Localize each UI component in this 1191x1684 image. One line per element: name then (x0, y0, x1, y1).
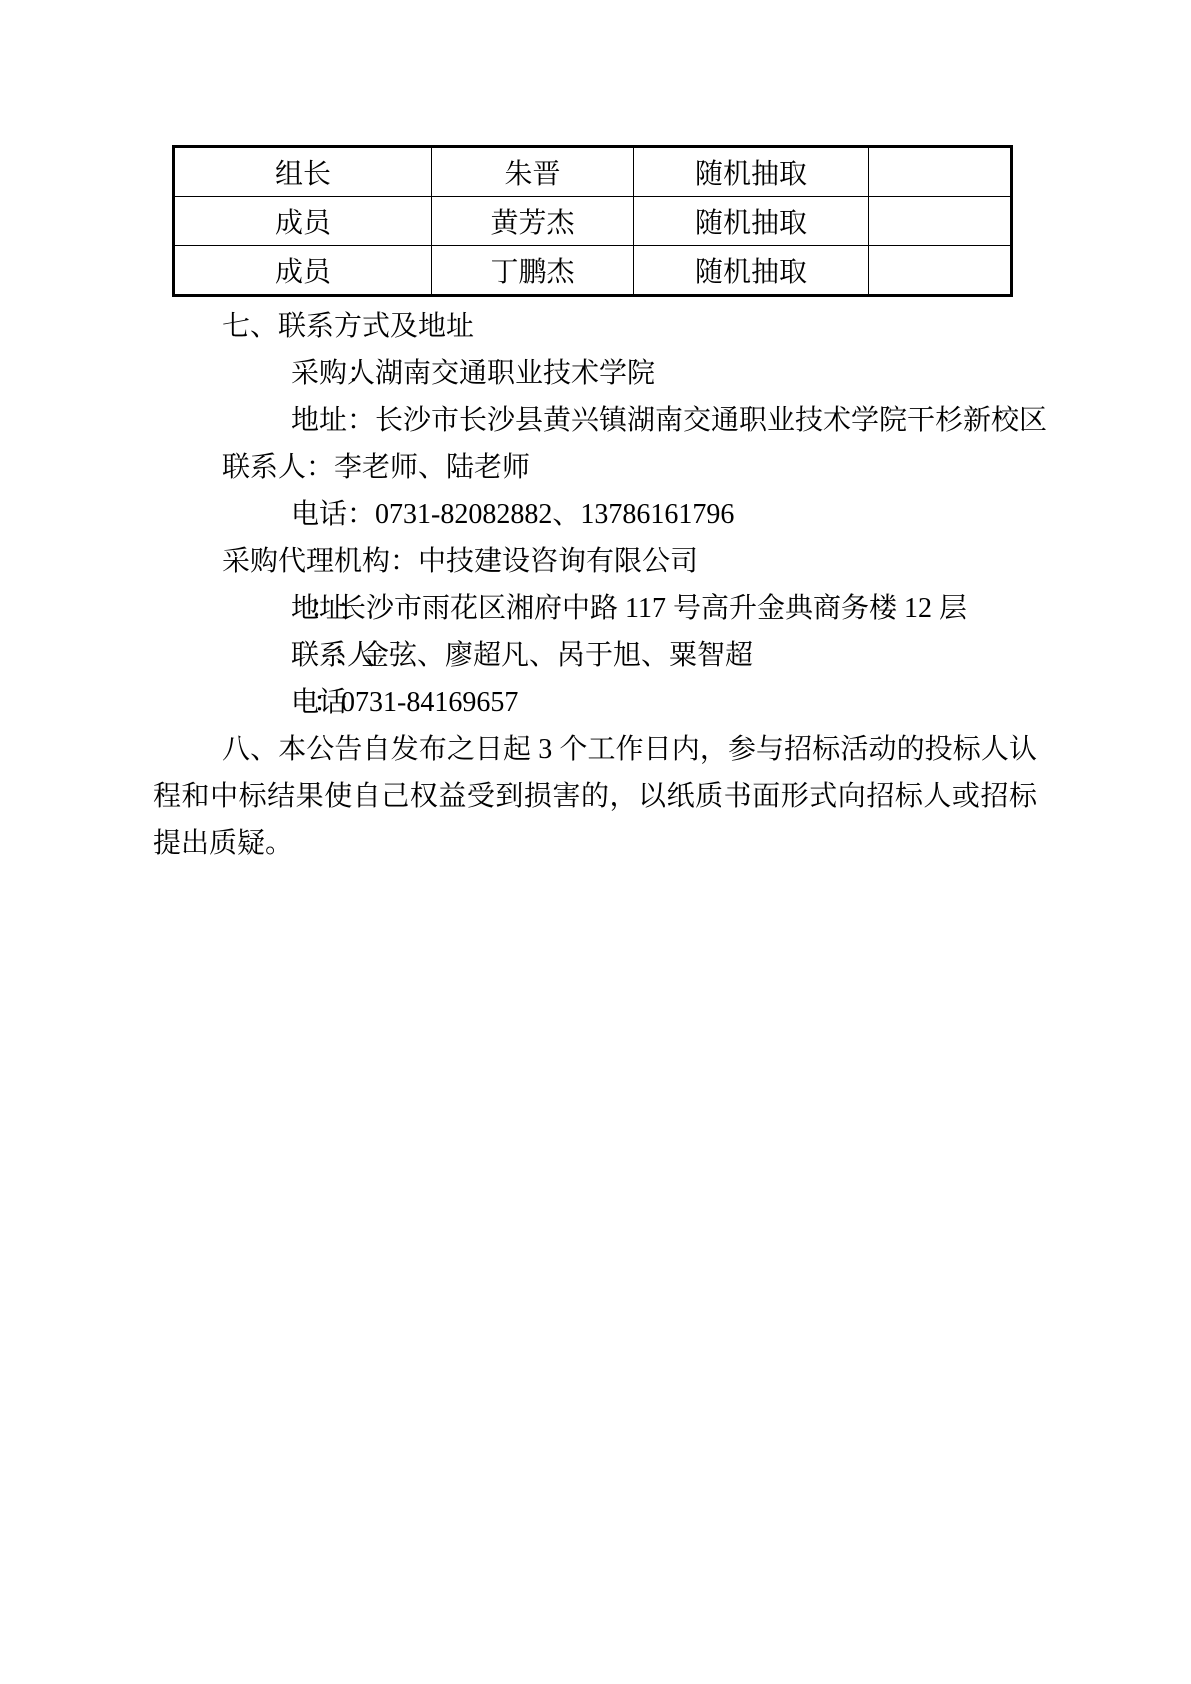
contact-value: 长沙市长沙县黄兴镇湖南交通职业技术学院干杉新校区 (375, 405, 1047, 436)
contact-label: 联系人 (222, 452, 306, 483)
contact-value: 湖南交通职业技术学院 (375, 358, 655, 389)
contact-label: 电话 (222, 491, 347, 538)
table-cell (869, 246, 1012, 296)
table-cell: 组长 (174, 147, 432, 197)
contact-value: 金弦、廖超凡、呙于旭、粟智超 (361, 640, 753, 671)
contact-colon: ： (333, 640, 361, 671)
contact-line: 联系人：金弦、廖超凡、呙于旭、粟智超 (153, 632, 1037, 679)
table-cell: 随机抽取 (634, 147, 869, 197)
contact-label: 地址 (222, 585, 310, 632)
contact-value: 李老师、陆老师 (334, 452, 530, 483)
contact-line: 采购人：湖南交通职业技术学院 (153, 350, 1037, 397)
contact-label: 采购人 (222, 350, 347, 397)
table-cell: 随机抽取 (634, 246, 869, 296)
section-8-paragraph: 八、本公告自发布之日起 3 个工作日内，参与招标活动的投标人认为招标过程和中标结… (153, 726, 1037, 867)
contact-label: 地址 (222, 397, 347, 444)
contact-label: 联系人 (222, 632, 333, 679)
contact-line: 采购代理机构：中技建设咨询有限公司 (153, 538, 1037, 585)
contact-line: 地址：长沙市雨花区湘府中路 117 号高升金典商务楼 12 层 (153, 585, 1037, 632)
table-cell: 随机抽取 (634, 197, 869, 246)
document-content: 组长朱晋随机抽取成员黄芳杰随机抽取成员丁鹏杰随机抽取 七、联系方式及地址 采购人… (153, 145, 1037, 867)
section-7-heading: 七、联系方式及地址 (153, 303, 1037, 350)
contact-line: 电话：0731-82082882、13786161796 (153, 491, 1037, 538)
contact-line: 地址：长沙市长沙县黄兴镇湖南交通职业技术学院干杉新校区 (153, 397, 1037, 444)
table-row: 组长朱晋随机抽取 (174, 147, 1012, 197)
contact-colon: ： (347, 358, 375, 389)
document-page: 组长朱晋随机抽取成员黄芳杰随机抽取成员丁鹏杰随机抽取 七、联系方式及地址 采购人… (0, 0, 1191, 1684)
contact-colon: ： (306, 452, 334, 483)
contact-colon: ： (310, 593, 338, 624)
review-panel-table: 组长朱晋随机抽取成员黄芳杰随机抽取成员丁鹏杰随机抽取 (172, 145, 1013, 297)
contact-line: 电话：0731-84169657 (153, 679, 1037, 726)
table-cell (869, 197, 1012, 246)
table-cell: 成员 (174, 197, 432, 246)
contact-value: 中技建设咨询有限公司 (418, 546, 698, 577)
table-cell: 丁鹏杰 (432, 246, 634, 296)
contact-colon: ： (313, 687, 341, 718)
contact-label: 采购代理机构 (222, 546, 390, 577)
table-row: 成员丁鹏杰随机抽取 (174, 246, 1012, 296)
review-panel-table-body: 组长朱晋随机抽取成员黄芳杰随机抽取成员丁鹏杰随机抽取 (174, 147, 1012, 296)
table-cell: 黄芳杰 (432, 197, 634, 246)
contact-value: 0731-82082882、13786161796 (375, 499, 734, 530)
contact-colon: ： (347, 405, 375, 436)
table-cell (869, 147, 1012, 197)
table-row: 成员黄芳杰随机抽取 (174, 197, 1012, 246)
notice-paragraph-line: 提出质疑。 (153, 820, 1037, 867)
notice-paragraph-line: 程和中标结果使自己权益受到损害的，以纸质书面形式向招标人或招标代理机构 (153, 773, 1037, 820)
contact-colon: ： (347, 499, 375, 530)
contact-value: 长沙市雨花区湘府中路 117 号高升金典商务楼 12 层 (338, 593, 967, 624)
contact-info-block: 采购人：湖南交通职业技术学院地址：长沙市长沙县黄兴镇湖南交通职业技术学院干杉新校… (153, 350, 1037, 726)
contact-colon: ： (390, 546, 418, 577)
table-cell: 成员 (174, 246, 432, 296)
contact-label: 电话 (222, 679, 313, 726)
contact-value: 0731-84169657 (341, 687, 518, 718)
notice-paragraph-line: 八、本公告自发布之日起 3 个工作日内，参与招标活动的投标人认为招标过 (153, 726, 1037, 773)
contact-line: 联系人：李老师、陆老师 (153, 444, 1037, 491)
table-cell: 朱晋 (432, 147, 634, 197)
